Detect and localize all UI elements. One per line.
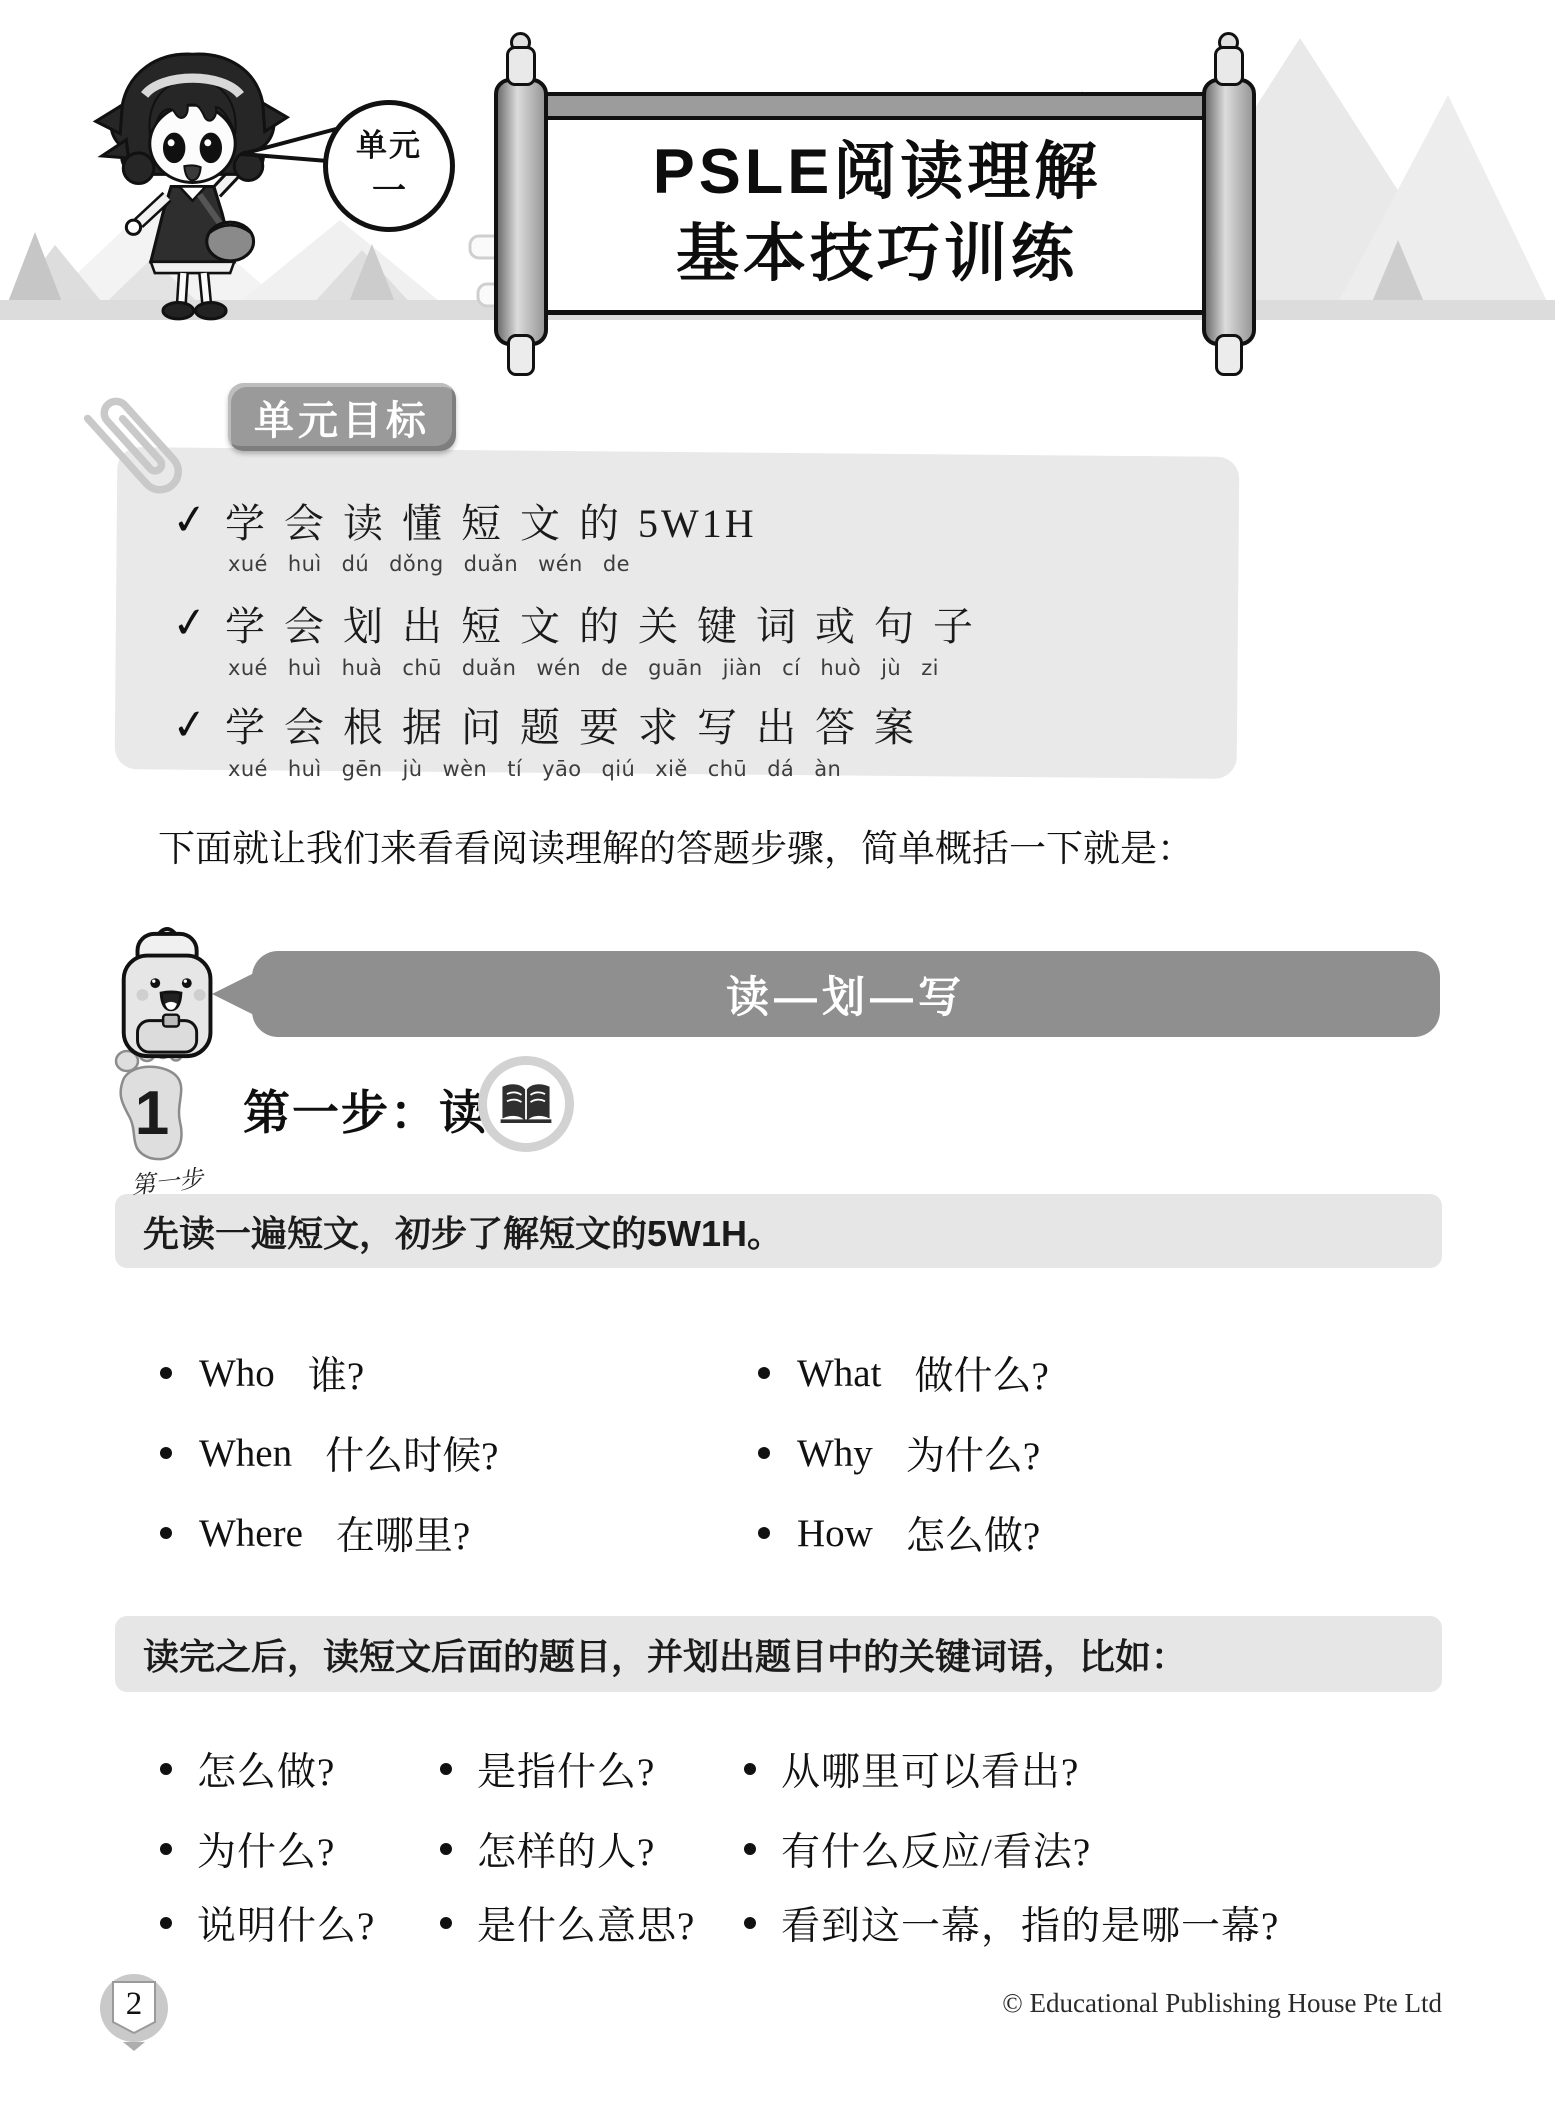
objective-item-3-text: 学会根据问题要求写出答案 xyxy=(225,696,933,753)
bullet-icon xyxy=(160,1843,172,1855)
scroll-title-banner: PSLE阅读理解 基本技巧训练 xyxy=(527,112,1227,315)
w5h1-item: Why 为什么? xyxy=(758,1430,1040,1476)
bullet-icon xyxy=(744,1843,756,1855)
unit-speech-bubble: 单元 一 xyxy=(323,100,455,232)
keyword-item: 是指什么? xyxy=(440,1746,655,1792)
open-book-icon xyxy=(478,1056,574,1152)
copyright-text: © Educational Publishing House Pte Ltd xyxy=(1002,1988,1442,2019)
scroll-roller-right-icon xyxy=(1202,78,1256,346)
w5h1-item: Where 在哪里? xyxy=(160,1510,470,1556)
objective-item-2-pinyin: xué huì huà chū duǎn wén de guān jiàn cí… xyxy=(228,656,939,680)
scroll-roller-left-knob xyxy=(506,46,536,86)
objective-item-2-text: 学会划出短文的关键词或句子 xyxy=(225,595,992,652)
keyword-item: 怎么做? xyxy=(160,1746,335,1792)
unit-label-number: 一 xyxy=(372,163,406,212)
page-title-line2: 基本技巧训练 xyxy=(676,214,1078,296)
w5h1-item: Who 谁? xyxy=(160,1350,364,1396)
keyword-item: 有什么反应/看法? xyxy=(744,1826,1091,1872)
page-number: 2 xyxy=(98,1986,170,2023)
bullet-icon xyxy=(160,1527,172,1539)
bullet-icon xyxy=(160,1917,172,1929)
keyword-item: 说明什么? xyxy=(160,1900,375,1946)
bullet-icon xyxy=(160,1763,172,1775)
page-title-line1: PSLE阅读理解 xyxy=(653,132,1102,214)
keyword-item: 从哪里可以看出? xyxy=(744,1746,1079,1792)
banner-label: 读—划—写 xyxy=(726,964,966,1025)
objective-item-1-text: 学会读懂短文的5W1H xyxy=(225,492,757,549)
w5h1-item: How 怎么做? xyxy=(758,1510,1040,1556)
keyword-item: 怎样的人? xyxy=(440,1826,655,1872)
girl-mascot xyxy=(85,42,300,327)
objective-item-1-latin: 5W1H xyxy=(638,501,757,546)
check-icon: ✓ xyxy=(170,596,210,648)
bullet-icon xyxy=(758,1367,770,1379)
bullet-icon xyxy=(758,1447,770,1459)
step-number: 1 xyxy=(124,1078,180,1149)
bullet-icon xyxy=(440,1763,452,1775)
scroll-roller-right-knob xyxy=(1214,46,1244,86)
workbook-page: 单元 一 PSLE阅读理解 基本技巧训练 单元目标 ✓ 学会读懂短文的5W1H … xyxy=(0,0,1555,2106)
backpack-mascot xyxy=(104,920,242,1068)
bullet-icon xyxy=(744,1763,756,1775)
bullet-icon xyxy=(440,1917,452,1929)
step1-heading: 第一步：读 xyxy=(243,1076,488,1143)
w5h1-item: When 什么时候? xyxy=(160,1430,498,1476)
check-icon: ✓ xyxy=(170,493,210,545)
objective-item-3-pinyin: xué huì gēn jù wèn tí yāo qiú xiě chū dá… xyxy=(228,757,841,781)
scroll-roller-left-cap xyxy=(507,334,535,376)
bullet-icon xyxy=(744,1917,756,1929)
intro-text: 下面就让我们来看看阅读理解的答题步骤，简单概括一下就是： xyxy=(158,818,1438,872)
instruction-box-2: 读完之后，读短文后面的题目，并划出题目中的关键词语，比如： xyxy=(115,1616,1442,1692)
bullet-icon xyxy=(758,1527,770,1539)
scroll-roller-right-cap xyxy=(1215,334,1243,376)
objective-item-1-pinyin: xué huì dú dǒng duǎn wén de xyxy=(228,552,630,576)
unit-label-top: 单元 xyxy=(356,120,422,165)
bullet-icon xyxy=(160,1367,172,1379)
w5h1-item: What 做什么? xyxy=(758,1350,1049,1396)
scroll-roller-left-icon xyxy=(494,78,548,346)
instruction-box-1: 先读一遍短文，初步了解短文的5W1H。 xyxy=(115,1194,1442,1268)
keyword-item: 看到这一幕，指的是哪一幕? xyxy=(744,1900,1279,1946)
scroll-top-bar xyxy=(505,92,1248,120)
keyword-item: 为什么? xyxy=(160,1826,335,1872)
objectives-heading-badge: 单元目标 xyxy=(228,383,456,451)
bullet-icon xyxy=(440,1843,452,1855)
check-icon: ✓ xyxy=(170,698,210,750)
keyword-item: 是什么意思? xyxy=(440,1900,695,1946)
bullet-icon xyxy=(160,1447,172,1459)
read-mark-write-banner: 读—划—写 xyxy=(252,951,1440,1037)
